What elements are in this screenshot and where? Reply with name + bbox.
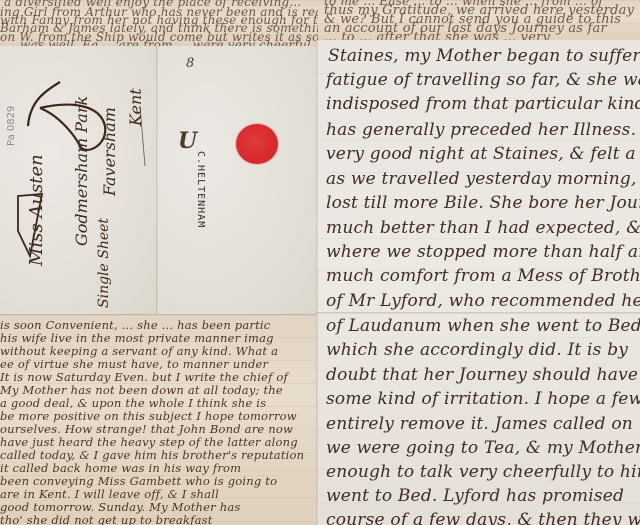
- right-letter-body: Staines, my Mother began to suffer from …: [316, 40, 640, 525]
- text-line: much better than I had expected, & at: [326, 218, 640, 238]
- text-line: have just heard the heavy step of the la…: [0, 435, 298, 449]
- text-line: of Mr Lyford, who recommended her to tak…: [326, 291, 640, 311]
- text-line: much comfort from a Mess of Broth, & the: [326, 266, 640, 286]
- text-line: went to Bed. Lyford has promised: [326, 486, 624, 506]
- top-right-text-strip: to me ... Ease ... to ... when she ... f…: [318, 0, 640, 42]
- recipient-name: Miss Austen: [26, 154, 47, 266]
- text-line: My Mother has not been down at all today…: [0, 383, 283, 397]
- text-line: some kind of irritation. I hope a few: [326, 389, 640, 409]
- text-line: been conveying Miss Gambett who is going…: [0, 474, 277, 488]
- fold-line: [316, 40, 319, 525]
- text-line: it called back home was in his way from: [0, 461, 241, 475]
- text-line: is soon Convenient, ... she ... has been…: [0, 318, 270, 332]
- text-line: ee of virtue she must have, to manner un…: [0, 357, 268, 371]
- text-line: was well, Ea ... are from ... were very …: [20, 38, 318, 46]
- page-number: 8: [186, 56, 194, 71]
- recipient-town: Faversham: [100, 107, 119, 196]
- text-line: are in Kent. I will leave off, & I shall: [0, 487, 219, 501]
- text-line: tho' she did not get up to breakfast: [0, 513, 213, 525]
- text-line: has generally preceded her Illness. She …: [326, 120, 640, 140]
- text-line: of Laudanum when she went to Bed,: [326, 316, 640, 336]
- address-panel: Pa 0829 Miss Austen Godmersham Park Fave…: [0, 46, 156, 314]
- fold-line: [0, 314, 316, 317]
- text-line: without keeping a servant of any kind. W…: [0, 344, 278, 358]
- left-letter-body: is soon Convenient, ... she ... has been…: [0, 314, 316, 525]
- sender-note: Single Sheet: [96, 218, 112, 308]
- text-line: Staines, my Mother began to suffer from …: [328, 46, 640, 66]
- text-line: called today, & I gave him his brother's…: [0, 448, 304, 462]
- text-line: a good deal, & upon the whole I think sh…: [0, 396, 266, 410]
- text-line: entirely remove it. James called on: [326, 414, 633, 434]
- text-line: indisposed from that particular kind of …: [326, 94, 640, 114]
- fold-line: [316, 312, 640, 315]
- text-line: his wife live in the most private manner…: [0, 331, 274, 345]
- text-line: ourselves. How strange! that John Bond a…: [0, 422, 293, 436]
- cover-panel: 8 U C.HELTENHAM: [156, 46, 316, 314]
- text-line: good tomorrow. Sunday. My Mother has: [0, 500, 240, 514]
- postmark-stamp: C.HELTENHAM: [195, 151, 206, 228]
- text-line: doubt that her Journey should have been: [326, 365, 640, 385]
- text-line: It is now Saturday Even. but I write the…: [0, 370, 288, 384]
- recipient-estate: Godmersham Park: [72, 96, 91, 246]
- text-line: very good night at Staines, & felt a hea…: [326, 144, 640, 164]
- top-left-text-strip: a diversified well enjoy the place of re…: [0, 0, 318, 46]
- text-line: where we stopped more than half an hour: [326, 242, 640, 262]
- text-line: we were going to Tea, & my Mother: [326, 438, 640, 458]
- text-line: be more positive on this subject I hope …: [0, 409, 297, 423]
- red-wax-seal-icon: [236, 124, 278, 164]
- text-line: fatigue of travelling so far, & she was …: [326, 70, 640, 90]
- recipient-county: Kent: [126, 88, 145, 126]
- text-line: course of a few days, & then they will: [326, 510, 640, 525]
- fold-line: [156, 46, 159, 314]
- text-line: as we travelled yesterday morning, which: [326, 169, 640, 189]
- text-line: enough to talk very cheerfully to him: [326, 462, 640, 482]
- text-line: which she accordingly did. It is by: [326, 340, 628, 360]
- text-line: lost till more Bile. She bore her Journe…: [326, 193, 640, 213]
